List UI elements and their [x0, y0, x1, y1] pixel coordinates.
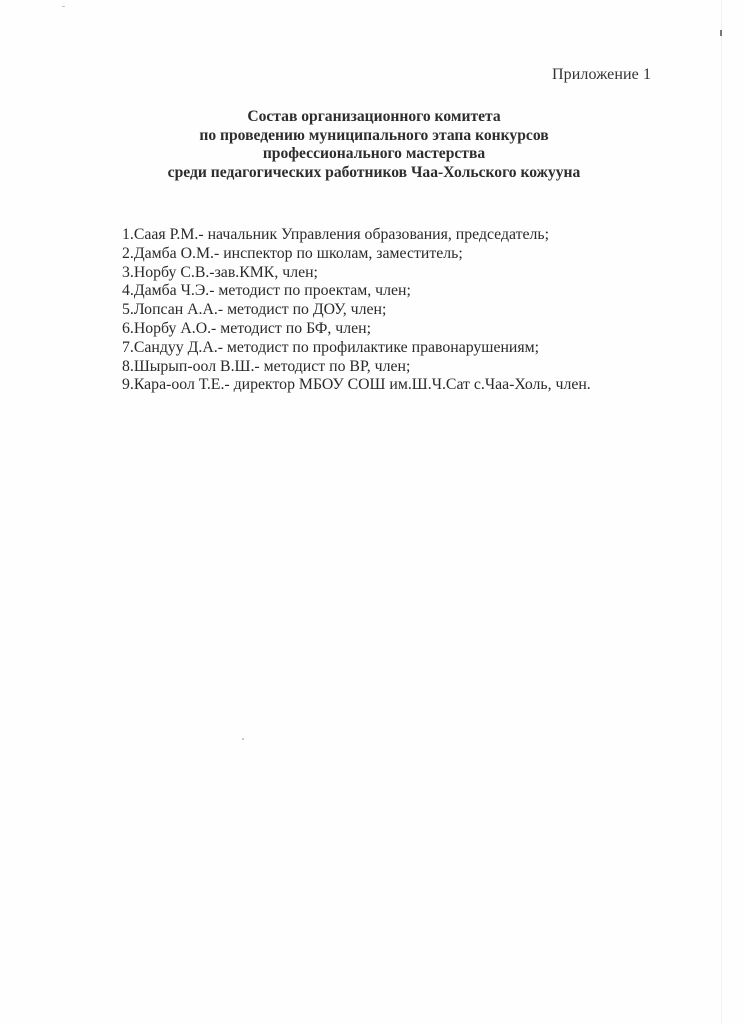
appendix-label: Приложение 1: [552, 66, 651, 84]
scanned-page: Приложение 1 Состав организационного ком…: [0, 0, 744, 1024]
scan-speck: [62, 6, 65, 7]
title-line: по проведению муниципального этапа конку…: [100, 127, 648, 146]
list-item: 4.Дамба Ч.Э.- методист по проектам, член…: [122, 282, 591, 301]
scan-edge-mark: [720, 30, 722, 36]
list-item: 8.Шырып-оол В.Ш.- методист по ВР, член;: [122, 358, 591, 377]
scan-speck: [242, 738, 244, 740]
list-item: 1.Саая Р.М.- начальник Управления образо…: [122, 226, 591, 245]
title-line: среди педагогических работников Чаа-Холь…: [100, 164, 648, 183]
document-title: Состав организационного комитета по пров…: [100, 108, 648, 182]
list-item: 9.Кара-оол Т.Е.- директор МБОУ СОШ им.Ш.…: [122, 376, 591, 395]
scan-edge-line: [721, 0, 722, 1024]
committee-members-list: 1.Саая Р.М.- начальник Управления образо…: [122, 226, 591, 395]
list-item: 7.Сандуу Д.А.- методист по профилактике …: [122, 339, 591, 358]
title-line: профессионального мастерства: [100, 145, 648, 164]
title-line: Состав организационного комитета: [100, 108, 648, 127]
list-item: 5.Лопсан А.А.- методист по ДОУ, член;: [122, 301, 591, 320]
list-item: 3.Норбу С.В.-зав.КМК, член;: [122, 264, 591, 283]
list-item: 2.Дамба О.М.- инспектор по школам, замес…: [122, 245, 591, 264]
list-item: 6.Норбу А.О.- методист по БФ, член;: [122, 320, 591, 339]
